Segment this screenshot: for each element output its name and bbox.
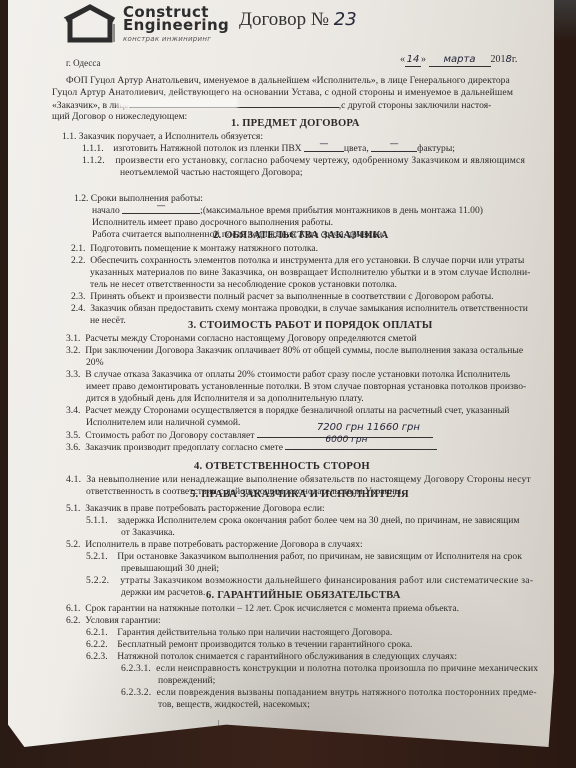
contract-title-text: Договор № xyxy=(239,9,329,30)
clause-number: 6.2.3. xyxy=(86,651,108,662)
city-label: г. Одесса xyxy=(66,58,100,70)
clause-2-3: 2.3. Принять объект и произвести полный … xyxy=(71,291,494,303)
clause-1-2-start: начало —;(максимальное время прибытия мо… xyxy=(92,205,483,217)
clause-text: цвета, xyxy=(344,143,369,154)
film-color-value: — xyxy=(319,139,328,149)
date-quote-close: » xyxy=(421,54,426,65)
clause-number: 1.1.2. xyxy=(82,155,105,166)
date-day-handwritten: 14 xyxy=(405,54,421,67)
clause-text: задержка Исполнителем срока окончания ра… xyxy=(117,515,519,526)
clause-5-2-1: 5.2.1. При остановке Заказчиком выполнен… xyxy=(86,551,522,563)
clause-3-4-b: Исполнителем или наличной суммой. xyxy=(86,417,240,429)
clause-number: 6.2.1. xyxy=(86,627,108,638)
clause-number: 3.6. xyxy=(66,442,80,453)
clause-number: 6.2. xyxy=(66,615,80,626)
clause-2-2: 2.2. Обеспечить сохранность элементов по… xyxy=(71,255,524,267)
clause-5-1-1: 5.1.1. задержка Исполнителем срока оконч… xyxy=(86,515,519,527)
clause-6-2-1: 6.2.1. Гарантия действительна только при… xyxy=(86,627,392,639)
redacted-area xyxy=(118,96,238,108)
clause-3-3: 3.3. В случае отказа Заказчика от оплаты… xyxy=(66,369,510,381)
work-cost-handwritten: 7200 грн 11660 грн xyxy=(317,422,420,434)
preamble-line-4: щий Договор о нижеследующем: xyxy=(52,111,187,123)
clause-text: Условия гарантии: xyxy=(85,615,160,626)
clause-2-2-b: указанных материалов по вине Заказчика, … xyxy=(90,267,530,279)
company-logo: Construct Engineering констрак инжинирин… xyxy=(60,4,250,44)
clause-number: 6.2.2. xyxy=(86,639,108,650)
clause-number: 2.1. xyxy=(71,243,85,254)
section-3-heading: 3. СТОИМОСТЬ РАБОТ И ПОРЯДОК ОПЛАТЫ xyxy=(188,320,432,332)
document-content: Construct Engineering констрак инжинирин… xyxy=(8,0,554,747)
clause-text: В случае отказа Заказчика от оплаты 20% … xyxy=(85,369,510,380)
clause-1-1: 1.1. Заказчик поручает, а Исполнитель об… xyxy=(62,131,263,143)
clause-1-1-1: 1.1.1. изготовить Натяжной потолок из пл… xyxy=(82,143,455,155)
clause-6-2-3-1-b: повреждений; xyxy=(158,675,215,687)
film-texture-field: — xyxy=(371,143,417,152)
clause-number: 2.3. xyxy=(71,291,85,302)
prepayment-handwritten: 6000 грн xyxy=(325,435,367,447)
clause-6-2-3-1: 6.2.3.1. если неисправность конструкции … xyxy=(121,663,538,675)
clause-number: 6.2.3.2. xyxy=(121,687,151,698)
clause-3-2-b: 20% xyxy=(86,357,104,369)
date-suffix: г. xyxy=(512,54,517,65)
clause-number: 3.1. xyxy=(66,333,80,344)
clause-text: Гарантия действительна только при наличи… xyxy=(117,627,392,638)
clause-number: 6.1. xyxy=(66,603,80,614)
clause-text: Бесплатный ремонт производится только в … xyxy=(117,639,412,650)
contract-document-page: Construct Engineering констрак инжинирин… xyxy=(8,0,554,747)
clause-text: если неисправность конструкции и полотна… xyxy=(156,663,538,674)
clause-6-2-2: 6.2.2. Бесплатный ремонт производится то… xyxy=(86,639,412,651)
clause-text: Расчет между Сторонами осуществляется в … xyxy=(85,405,509,416)
preamble-line-1: ФОП Гуцол Артур Анатольевич, именуемое в… xyxy=(66,75,510,87)
clause-1-1-2: 1.1.2. произвести его установку, согласн… xyxy=(82,155,525,167)
logo-subtitle: констрак инжиниринг xyxy=(123,34,211,46)
clause-text: Срок гарантии на натяжные потолки – 12 л… xyxy=(85,603,459,614)
section-4-heading: 4. ОТВЕТСТВЕННОСТЬ СТОРОН xyxy=(194,461,370,473)
clause-text: За невыполнение или ненадлежащие выполне… xyxy=(86,474,531,485)
clause-text: Расчеты между Сторонами согласно настоящ… xyxy=(85,333,417,344)
clause-3-5: 3.5. Стоимость работ по Договору составл… xyxy=(66,429,433,442)
clause-5-2-1-b: превышающий 30 дней; xyxy=(121,563,219,575)
clause-text: фактуры; xyxy=(417,143,455,154)
clause-number: 5.2. xyxy=(66,539,80,550)
clause-3-2: 3.2. При заключении Договора Заказчик оп… xyxy=(66,345,523,357)
clause-text: Заказчик производит предоплату согласно … xyxy=(85,442,283,453)
film-color-field: — xyxy=(304,143,344,152)
clause-number: 3.3. xyxy=(66,369,80,380)
clause-6-2: 6.2. Условия гарантии: xyxy=(66,615,161,627)
start-date-field: — xyxy=(122,205,200,214)
clause-number: 1.1.1. xyxy=(82,143,104,154)
clause-text: Подготовить помещение к монтажу натяжног… xyxy=(90,243,318,254)
date-month-handwritten: марта xyxy=(429,54,491,67)
clause-number: 2.2. xyxy=(71,255,85,266)
clause-number: 3.4. xyxy=(66,405,80,416)
clause-text: Исполнитель в праве потребовать расторже… xyxy=(85,539,362,550)
clause-6-2-3-2-b: тов, веществ, жидкостей, насекомых; xyxy=(158,699,310,711)
clause-5-2: 5.2. Исполнитель в праве потребовать рас… xyxy=(66,539,363,551)
clause-text: Обеспечить сохранность элементов потолка… xyxy=(90,255,524,266)
clause-1-2: 1.2. Сроки выполнения работы: xyxy=(74,193,203,205)
house-outline-icon xyxy=(60,4,120,44)
start-label: начало xyxy=(92,205,120,216)
clause-5-1-1-b: от Заказчика. xyxy=(121,527,175,539)
clause-4-1: 4.1. За невыполнение или ненадлежащие вы… xyxy=(66,474,531,486)
clause-text: Заказчик в праве потребовать расторжение… xyxy=(85,503,324,514)
section-1-heading: 1. ПРЕДМЕТ ДОГОВОРА xyxy=(231,118,360,130)
contract-number-handwritten: 23 xyxy=(334,9,357,30)
clause-number: 5.2.2. xyxy=(86,575,109,586)
clause-text: утраты Заказчиком возможности дальнейшег… xyxy=(120,575,533,586)
clause-text: Заказчик обязан предоставить схему монта… xyxy=(90,303,528,314)
clause-text: если повреждения вызваны попаданием внут… xyxy=(157,687,537,698)
clause-text: произвести его установку, согласно рабоч… xyxy=(115,155,525,166)
clause-text: ;(максимальное время прибытия монтажнико… xyxy=(200,205,483,216)
prepayment-field: 6000 грн xyxy=(285,441,437,450)
clause-text: изготовить Натяжной потолок из пленки ПВ… xyxy=(113,143,301,154)
clause-3-3-c: дится в удобный день для Исполнителя и з… xyxy=(86,393,364,405)
section-6-heading: 6. ГАРАНТИЙНЫЕ ОБЯЗАТЕЛЬСТВА xyxy=(206,590,401,602)
clause-6-2-3-2: 6.2.3.2. если повреждения вызваны попада… xyxy=(121,687,537,699)
clause-number: 5.1.1. xyxy=(86,515,108,526)
contract-date: «14» марта2018г. xyxy=(400,54,517,67)
clause-text: Стоимость работ по Договору составляет xyxy=(85,430,254,441)
clause-text: При остановке Заказчиком выполнения рабо… xyxy=(117,551,522,562)
start-date-value: — xyxy=(157,201,166,211)
clause-3-3-b: имеет право демонтировать установленные … xyxy=(86,381,526,393)
clause-text: Принять объект и произвести полный расче… xyxy=(90,291,493,302)
clause-number: 4.1. xyxy=(66,474,81,485)
clause-2-1: 2.1. Подготовить помещение к монтажу нат… xyxy=(71,243,318,255)
clause-5-2-2-b: держки им расчетов. xyxy=(121,587,205,599)
clause-1-2-b: Исполнитель имеет право досрочного выпол… xyxy=(92,217,333,229)
clause-number: 3.2. xyxy=(66,345,80,356)
clause-number: 5.2.1. xyxy=(86,551,108,562)
contract-title: Договор № 23 xyxy=(239,14,357,26)
clause-number: 2.4. xyxy=(71,303,85,314)
clause-2-4-b: не несёт. xyxy=(90,315,126,327)
preamble-line-3-end: ,с другой стороны заключили настоя- xyxy=(339,100,492,111)
logo-text-engineering: Engineering xyxy=(123,18,229,32)
date-year: 201 xyxy=(491,54,506,65)
clause-number: 6.2.3.1. xyxy=(121,663,151,674)
section-2-heading: 2. ОБЯЗАТЕЛЬСТВА ЗАКАЗЧИКА xyxy=(213,230,389,242)
clause-text: Натяжной потолок снимается с гарантийног… xyxy=(117,651,457,662)
clause-2-2-c: тель не несет ответственности за несоблю… xyxy=(90,279,397,291)
clause-2-4: 2.4. Заказчик обязан предоставить схему … xyxy=(71,303,528,315)
clause-text: При заключении Договора Заказчик оплачив… xyxy=(85,345,523,356)
clause-6-2-3: 6.2.3. Натяжной потолок снимается с гара… xyxy=(86,651,457,663)
clause-3-4: 3.4. Расчет между Сторонами осуществляет… xyxy=(66,405,509,417)
clause-5-2-2: 5.2.2. утраты Заказчиком возможности дал… xyxy=(86,575,533,587)
clause-6-1: 6.1. Срок гарантии на натяжные потолки –… xyxy=(66,603,459,615)
clause-1-1-2-cont: неотъемлемой частью настоящего Договора; xyxy=(120,167,303,179)
clause-3-6: 3.6. Заказчик производит предоплату согл… xyxy=(66,441,437,454)
film-texture-value: — xyxy=(390,139,399,149)
clause-number: 5.1. xyxy=(66,503,80,514)
clause-3-1: 3.1. Расчеты между Сторонами согласно на… xyxy=(66,333,417,345)
clause-number: 3.5. xyxy=(66,430,80,441)
section-5-heading: 5. ПРАВА ЗАКАЗЧИКА И ИСПОЛНИТЕЛЯ xyxy=(190,489,409,501)
clause-5-1: 5.1. Заказчик в праве потребовать растор… xyxy=(66,503,325,515)
